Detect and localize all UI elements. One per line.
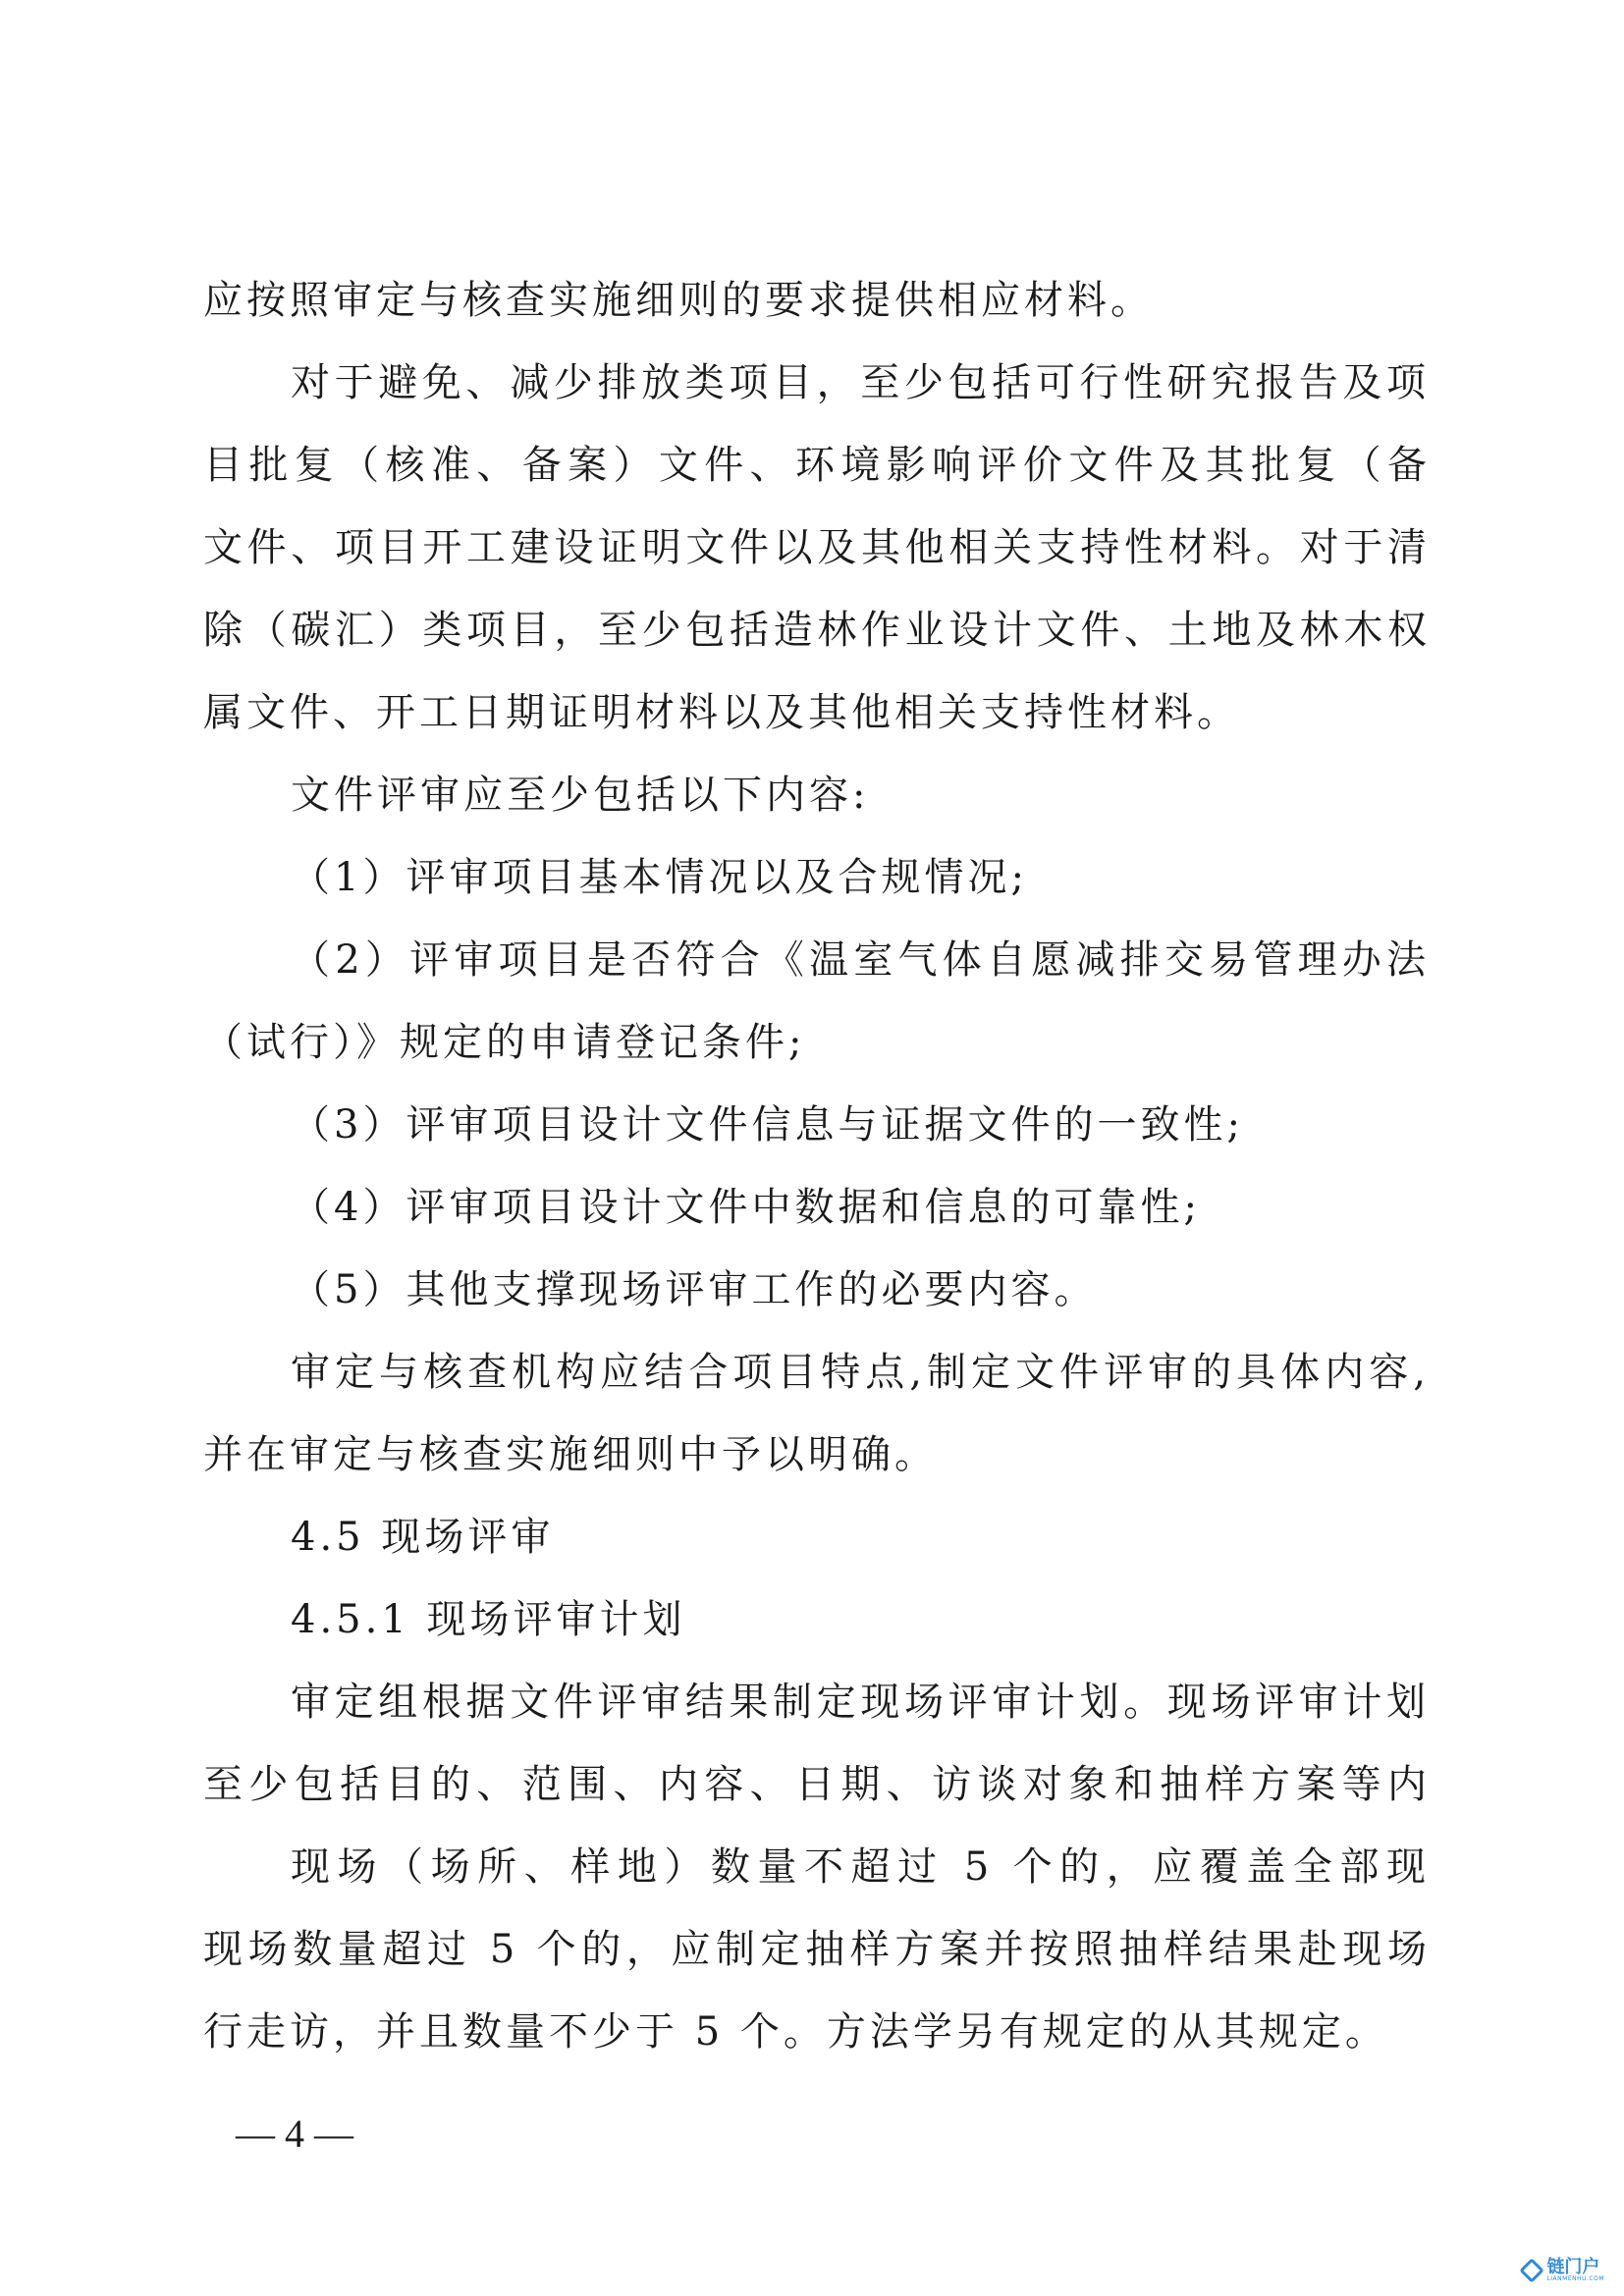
text-line: （3）评审项目设计文件信息与证据文件的一致性; [291, 1101, 1244, 1148]
text-line: 行走访，并且数量不少于 5 个。方法学另有规定的从其规定。 [203, 2008, 1388, 2056]
text-line: 对于避免、减少排放类项目，至少包括可行性研究报告及项 [291, 359, 1430, 406]
text-line: 文件、项目开工建设证明文件以及其他相关支持性材料。对于清 [203, 524, 1431, 571]
text-line: （2）评审项目是否符合《温室气体自愿减排交易管理办法 [291, 936, 1430, 984]
text-line: 并在审定与核查实施细则中予以明确。 [203, 1431, 938, 1478]
text-line: 文件评审应至少包括以下内容: [291, 772, 869, 819]
text-line: 应按照审定与核查实施细则的要求提供相应材料。 [203, 277, 1154, 324]
text-line: 4.5 现场评审 [291, 1514, 554, 1561]
watermark: 链门户 LIANMENHU.COM [1523, 2259, 1604, 2282]
watermark-url: LIANMENHU.COM [1546, 2276, 1604, 2282]
text-line: 除（碳汇）类项目，至少包括造林作业设计文件、土地及林木权 [203, 607, 1431, 654]
text-line: 现场数量超过 5 个的，应制定抽样方案并按照抽样结果赴现场进 [203, 1926, 1431, 1973]
text-line: （5）其他支撑现场评审工作的必要内容。 [291, 1266, 1097, 1313]
text-line: 现场（场所、样地）数量不超过 5 个的，应覆盖全部现场。 [291, 1843, 1430, 1891]
page-number: — 4 — [236, 2110, 353, 2158]
text-line: 至少包括目的、范围、内容、日期、访谈对象和抽样方案等内容。 [203, 1761, 1431, 1808]
text-line: 目批复（核准、备案）文件、环境影响评价文件及其批复（备案） [203, 442, 1431, 489]
watermark-name: 链门户 [1546, 2259, 1604, 2276]
logo-icon [1520, 2258, 1544, 2282]
text-line: 4.5.1 现场评审计划 [291, 1596, 686, 1643]
text-line: （试行）》规定的申请登记条件; [203, 1019, 805, 1066]
text-line: 属文件、开工日期证明材料以及其他相关支持性材料。 [203, 689, 1240, 736]
text-line: 审定与核查机构应结合项目特点,制定文件评审的具体内容, [291, 1349, 1430, 1396]
document-page: 应按照审定与核查实施细则的要求提供相应材料。对于避免、减少排放类项目，至少包括可… [0, 0, 1624, 2296]
text-line: 审定组根据文件评审结果制定现场评审计划。现场评审计划 [291, 1679, 1430, 1726]
text-line: （4）评审项目设计文件中数据和信息的可靠性; [291, 1184, 1201, 1231]
text-line: （1）评审项目基本情况以及合规情况; [291, 854, 1028, 901]
